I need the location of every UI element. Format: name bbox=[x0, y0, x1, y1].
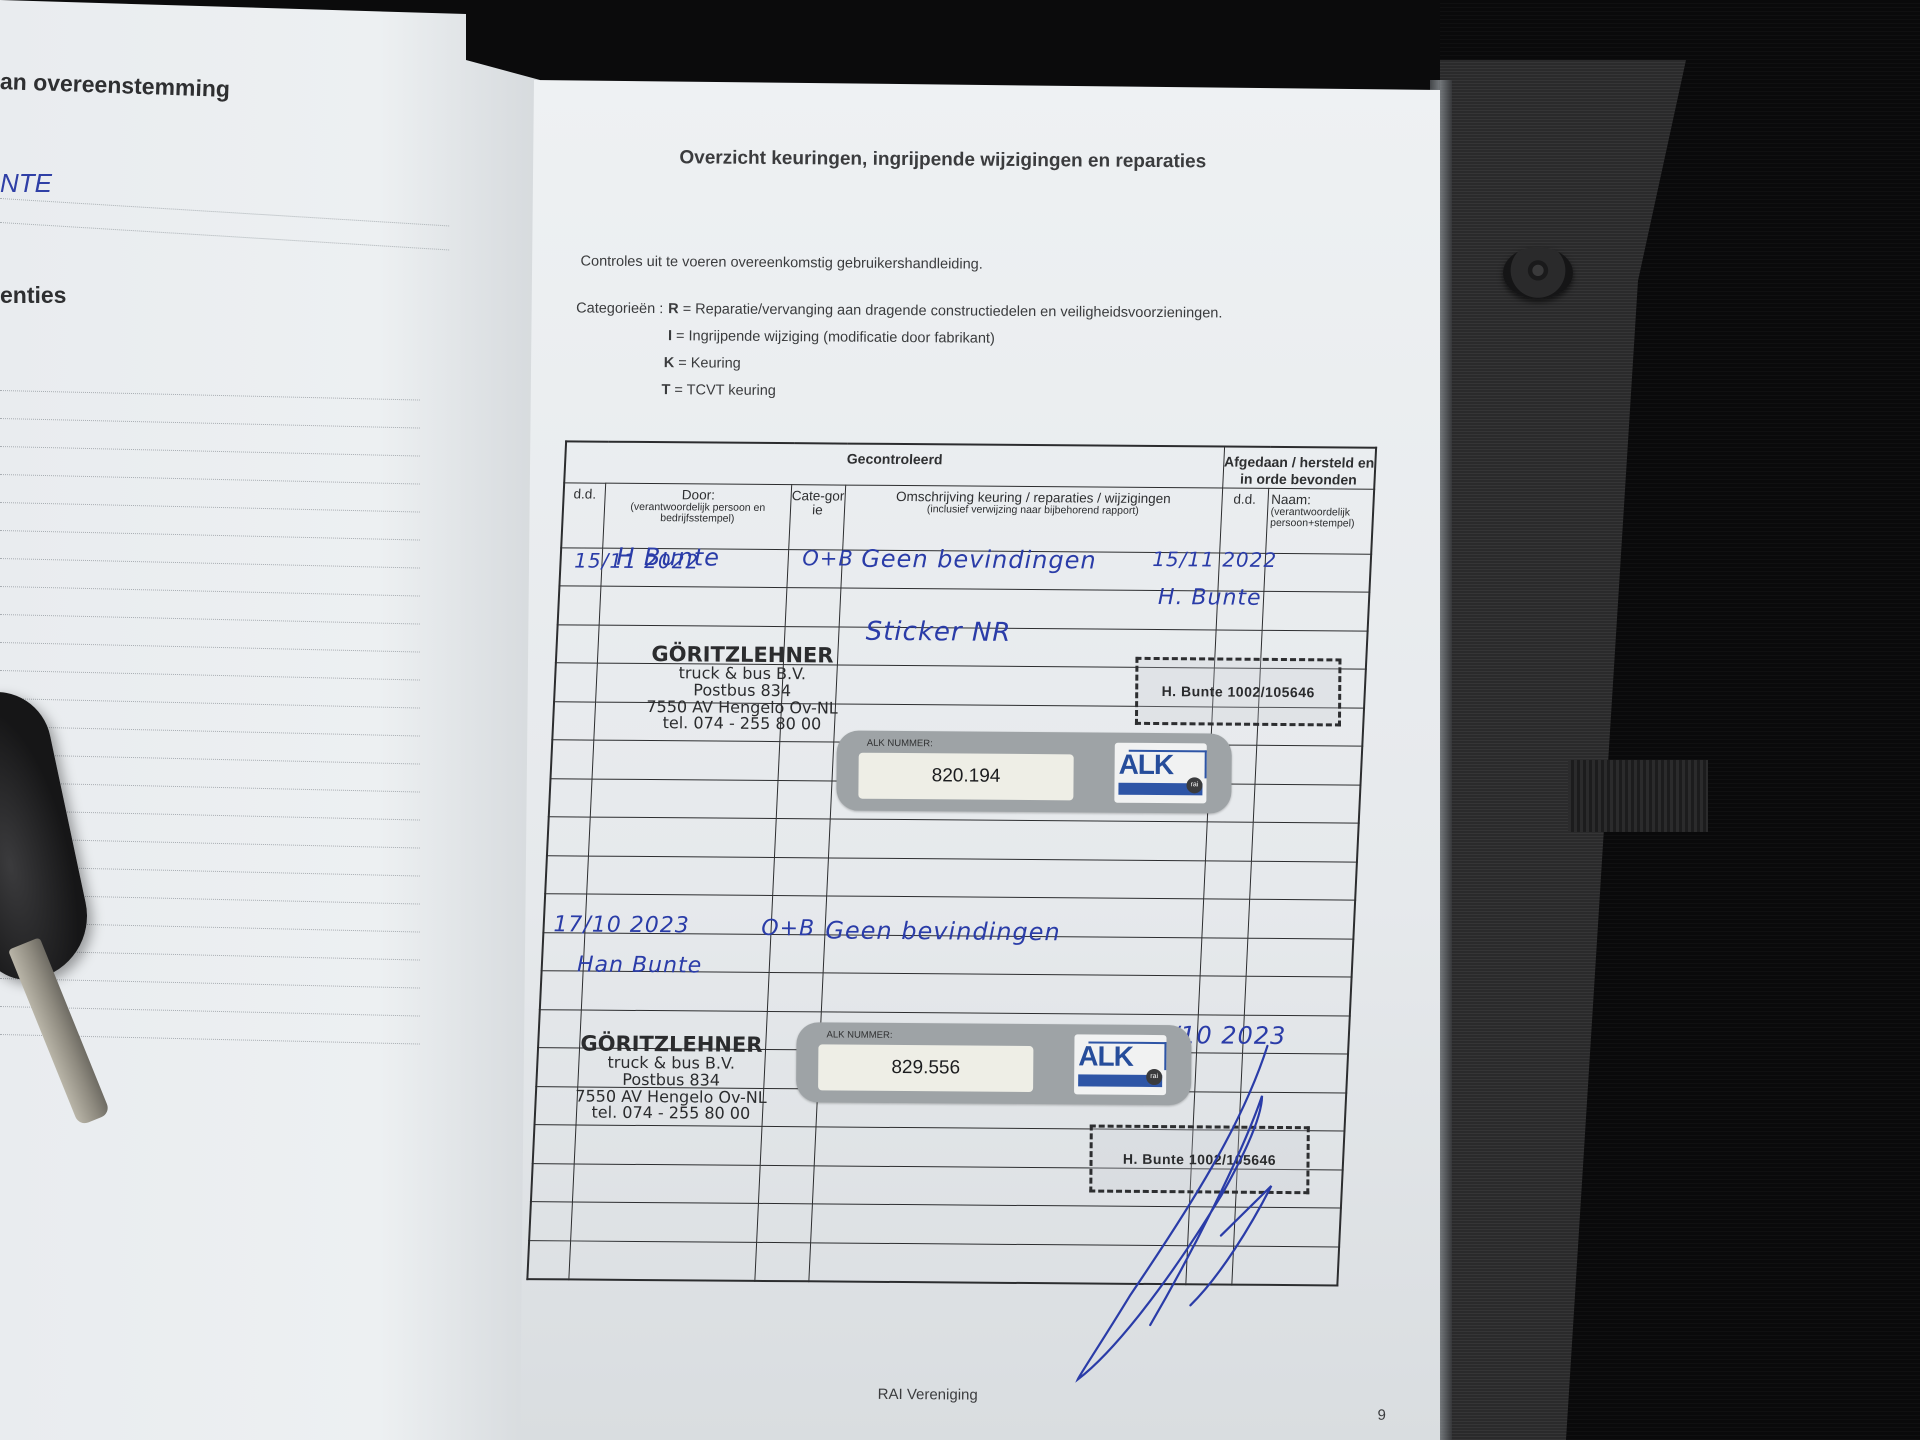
table-cell bbox=[1233, 1207, 1341, 1246]
table-cell bbox=[773, 857, 829, 896]
table-cell bbox=[571, 1202, 758, 1242]
table-cell bbox=[767, 973, 823, 1012]
left-handwriting: NTE bbox=[0, 168, 52, 199]
table-cell bbox=[827, 858, 1206, 899]
table-cell bbox=[600, 586, 787, 626]
category-k: K = Keuring bbox=[664, 355, 741, 372]
entry1-done-name: H. Bunte bbox=[1158, 585, 1262, 611]
table-row bbox=[547, 817, 1359, 862]
alk-number: 820.194 bbox=[858, 753, 1073, 801]
left-dotted-line bbox=[0, 198, 449, 226]
footer-publisher: RAI Vereniging bbox=[878, 1386, 978, 1404]
table-cell bbox=[1205, 822, 1253, 861]
table-cell bbox=[785, 588, 841, 627]
col-header-door: Door:(verantwoordelijk persoon en bedrij… bbox=[603, 483, 792, 549]
table-cell bbox=[1203, 860, 1251, 899]
table-cell bbox=[809, 1242, 1188, 1284]
snap-button-icon bbox=[1503, 247, 1573, 299]
table-cell bbox=[776, 780, 832, 819]
table-cell bbox=[778, 742, 834, 781]
categories-label: Categorieën : bbox=[576, 300, 663, 317]
entry2-by: Han Bunte bbox=[577, 952, 702, 978]
table-cell bbox=[573, 1164, 760, 1204]
col-header-categorie: Cate-gorie bbox=[789, 484, 846, 549]
entry2-alk-sticker: ALK NUMMER: 829.556 ALK rai bbox=[796, 1022, 1192, 1105]
left-page: an overeenstemming NTE enties bbox=[0, 0, 540, 1440]
table-cell bbox=[1240, 1053, 1348, 1092]
table-row bbox=[545, 855, 1357, 900]
table-cell bbox=[821, 973, 1200, 1014]
entry2-inspector-stamp: H. Bunte 1002/105646 bbox=[1089, 1125, 1310, 1195]
header-gecontroleerd: Gecontroleerd bbox=[564, 441, 1224, 487]
table-cell bbox=[1200, 937, 1248, 976]
entry1-description-extra: Sticker NR bbox=[866, 617, 1012, 648]
table-cell bbox=[547, 817, 591, 856]
table-cell bbox=[1244, 976, 1352, 1015]
col-header-date: d.d. bbox=[561, 482, 606, 547]
entry1-by: H Bunte bbox=[616, 543, 720, 572]
table-cell bbox=[1255, 745, 1363, 784]
table-cell bbox=[592, 740, 779, 780]
entry1-description: Geen bevindingen bbox=[861, 545, 1097, 575]
category-r: R = Reparatie/vervanging aan dragende co… bbox=[668, 301, 1222, 321]
table-cell bbox=[1187, 1207, 1235, 1246]
table-cell bbox=[591, 779, 778, 819]
table-cell bbox=[1249, 861, 1357, 900]
table-cell bbox=[758, 1165, 814, 1204]
table-cell bbox=[774, 819, 830, 858]
entry2-date: 17/10 2023 bbox=[553, 912, 690, 938]
table-cell bbox=[533, 1125, 577, 1164]
alk-number: 829.556 bbox=[818, 1044, 1033, 1092]
category-i: I = Ingrijpende wijziging (modificatie d… bbox=[668, 328, 995, 347]
col-header-omschrijving: Omschrijving keuring / reparaties / wijz… bbox=[843, 485, 1223, 553]
table-cell bbox=[569, 1241, 756, 1281]
table-cell bbox=[1262, 591, 1370, 630]
col-header-naam: Naam:(verantwoordelijk persoon+stempel) bbox=[1265, 488, 1374, 554]
table-row bbox=[529, 1202, 1341, 1247]
category-t: T = TCVT keuring bbox=[662, 382, 776, 399]
page-number: 9 bbox=[1377, 1407, 1385, 1424]
table-cell bbox=[1253, 784, 1361, 823]
table-cell bbox=[549, 778, 593, 817]
entry2-company-stamp: GÖRITZLEHNER truck & bus B.V. Postbus 83… bbox=[566, 1032, 777, 1123]
page-title: Overzicht keuringen, ingrijpende wijzigi… bbox=[679, 147, 1206, 173]
entry1-company-stamp: GÖRITZLEHNER truck & bus B.V. Postbus 83… bbox=[637, 643, 848, 734]
table-cell bbox=[531, 1163, 575, 1202]
table-cell bbox=[554, 663, 598, 702]
right-page: Overzicht keuringen, ingrijpende wijzigi… bbox=[520, 80, 1440, 1440]
left-heading-mid: enties bbox=[0, 282, 66, 309]
table-cell bbox=[1231, 1246, 1339, 1286]
table-cell bbox=[529, 1202, 573, 1241]
alk-logo-icon: ALK rai bbox=[1074, 1034, 1166, 1095]
table-cell bbox=[545, 855, 589, 894]
entry1-done-date: 15/11 2022 bbox=[1152, 547, 1277, 572]
table-cell bbox=[1247, 899, 1355, 938]
table-cell bbox=[828, 819, 1207, 860]
entry1-alk-sticker: ALK NUMMER: 820.194 ALK rai bbox=[836, 731, 1232, 814]
entry1-inspector-stamp: H. Bunte 1002/105646 bbox=[1135, 657, 1342, 727]
table-cell bbox=[1251, 822, 1359, 861]
table-cell bbox=[587, 856, 774, 896]
alk-logo-icon: ALK rai bbox=[1114, 743, 1206, 804]
table-cell bbox=[527, 1240, 571, 1279]
table-cell bbox=[1263, 553, 1371, 592]
binder-strap bbox=[1568, 760, 1708, 832]
table-row bbox=[527, 1240, 1339, 1285]
entry1-category: O+B bbox=[802, 546, 854, 570]
table-cell bbox=[757, 1204, 813, 1243]
table-cell bbox=[1246, 938, 1354, 977]
entry2-category: O+B bbox=[761, 916, 815, 941]
col-header-done-date: d.d. bbox=[1219, 488, 1268, 553]
left-dotted-line bbox=[0, 222, 449, 250]
table-cell bbox=[1185, 1245, 1233, 1284]
left-heading-top: an overeenstemming bbox=[0, 68, 230, 103]
table-cell bbox=[1194, 1053, 1242, 1092]
table-cell bbox=[556, 624, 600, 663]
table-cell bbox=[810, 1204, 1189, 1245]
intro-text: Controles uit te voeren overeenkomstig g… bbox=[581, 253, 983, 272]
table-cell bbox=[589, 817, 776, 857]
table-cell bbox=[552, 701, 596, 740]
table-cell bbox=[558, 586, 602, 625]
table-cell bbox=[760, 1127, 816, 1166]
table-cell bbox=[575, 1125, 762, 1165]
entry2-description: Geen bevindingen bbox=[825, 916, 1061, 946]
table-cell bbox=[1198, 976, 1246, 1015]
table-cell bbox=[551, 740, 595, 779]
table-cell bbox=[755, 1242, 811, 1281]
table-cell bbox=[1202, 899, 1250, 938]
header-afgedaan: Afgedaan / hersteld en in orde bevonden bbox=[1222, 447, 1376, 489]
